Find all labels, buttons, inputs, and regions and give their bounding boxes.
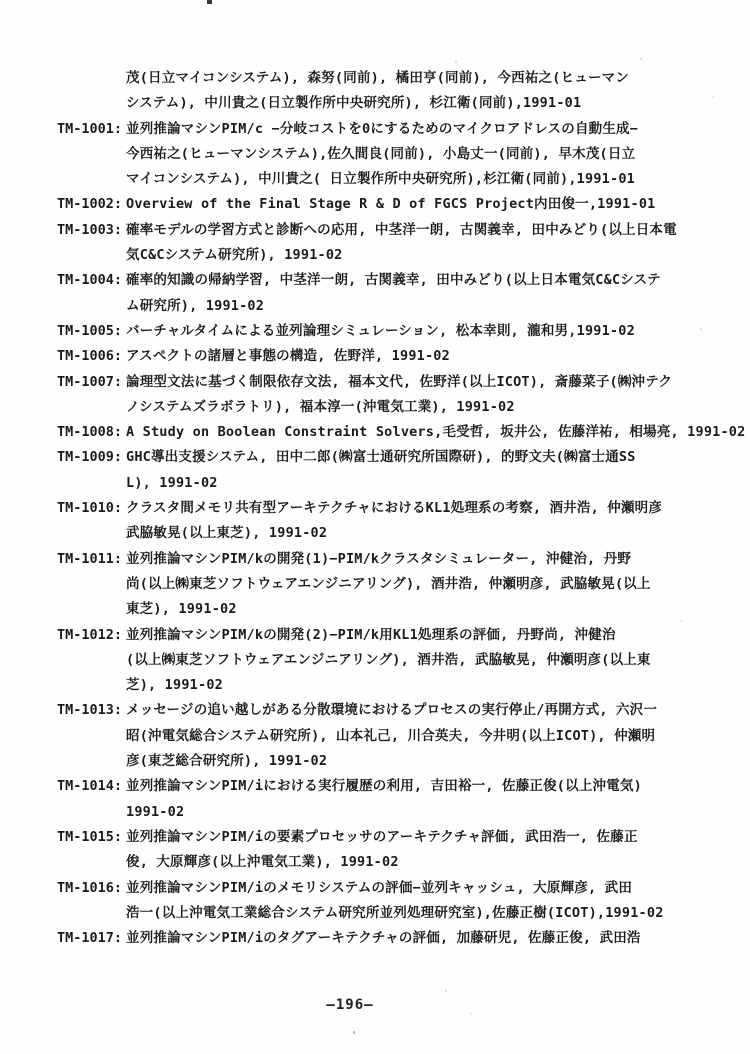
- memo-id: TM-1007:: [57, 370, 126, 395]
- scan-speck: [470, 1013, 472, 1015]
- memo-id: TM-1003:: [57, 218, 126, 243]
- memo-text: 武脇敏晃(以上東芝), 1991-02: [126, 525, 327, 541]
- memo-id: TM-1009:: [57, 445, 126, 470]
- memo-text: 昭(沖電気総合システム研究所), 山本礼己, 川合英夫, 今井明(以上ICOT)…: [126, 728, 655, 744]
- memo-text: メッセージの追い越しがある分散環境におけるプロセスの実行停止/再開方式, 六沢一: [126, 702, 657, 718]
- memo-text: 東芝), 1991-02: [126, 601, 237, 617]
- memo-line: TM-1005:バーチャルタイムによる並列論理シミュレーション, 松本幸則, 瀧…: [57, 319, 717, 344]
- memo-text: A Study on Boolean Constraint Solvers,毛受…: [126, 424, 745, 440]
- memo-id: TM-1008:: [57, 420, 126, 445]
- memo-line: TM-1013:メッセージの追い越しがある分散環境におけるプロセスの実行停止/再…: [57, 698, 717, 723]
- memo-line: TM-1014:並列推論マシンPIM/iにおける実行履歴の利用, 吉田裕一, 佐…: [57, 774, 717, 799]
- scan-speck: [455, 61, 457, 63]
- memo-text: 1991-02: [126, 804, 184, 820]
- memo-line: TM-1009:GHC導出支援システム, 田中二郎(㈱富士通研究所国際研), 的…: [57, 445, 717, 470]
- scan-speck: [445, 990, 447, 992]
- memo-text: マイコンシステム), 中川貴之( 日立製作所中央研究所),杉江衛(同前),199…: [126, 171, 635, 187]
- memo-line: TM-1002:Overview of the Final Stage R & …: [57, 192, 717, 217]
- memo-line: 彦(東芝総合研究所), 1991-02: [57, 749, 717, 774]
- memo-id: TM-1011:: [57, 547, 126, 572]
- memo-text: 並列推論マシンPIM/kの開発(2)−PIM/k用KL1処理系の評価, 丹野尚,…: [126, 627, 616, 643]
- memo-line: システム), 中川貴之(日立製作所中央研究所), 杉江衛(同前),1991-01: [57, 91, 717, 116]
- memo-line: 芝), 1991-02: [57, 673, 717, 698]
- memo-text: 尚(以上㈱東芝ソフトウェアエンジニアリング), 酒井浩, 仲瀬明彦, 武脇敏晃(…: [126, 576, 651, 592]
- memo-text: ノシステムズラボラトリ), 福本淳一(沖電気工業), 1991-02: [126, 399, 515, 415]
- memo-text: アスペクトの諸層と事態の構造, 佐野洋, 1991-02: [126, 348, 450, 364]
- memo-text: GHC導出支援システム, 田中二郎(㈱富士通研究所国際研), 的野文夫(㈱富士通…: [126, 449, 636, 465]
- scanned-document-page: 茂(日立マイコンシステム), 森努(同前), 橘田亨(同前), 今西祐之(ヒュー…: [0, 0, 750, 1054]
- scan-speck: [640, 58, 642, 60]
- memo-id: TM-1016:: [57, 876, 126, 901]
- memo-text: 彦(東芝総合研究所), 1991-02: [126, 753, 327, 769]
- memo-text: 確率的知識の帰納学習, 中茎洋一朗, 古関義幸, 田中みどり(以上日本電気C&C…: [126, 272, 661, 288]
- memo-line: 東芝), 1991-02: [57, 597, 717, 622]
- memo-line: TM-1004:確率的知識の帰納学習, 中茎洋一朗, 古関義幸, 田中みどり(以…: [57, 268, 717, 293]
- memo-text: 茂(日立マイコンシステム), 森努(同前), 橘田亨(同前), 今西祐之(ヒュー…: [126, 70, 629, 86]
- memo-line: TM-1016:並列推論マシンPIM/iのメモリシステムの評価−並列キャッシュ,…: [57, 876, 717, 901]
- scan-speck: [353, 1031, 355, 1034]
- memo-line: (以上㈱東芝ソフトウェアエンジニアリング), 酒井浩, 武脇敏晃, 仲瀬明彦(以…: [57, 648, 717, 673]
- memo-id: TM-1013:: [57, 698, 126, 723]
- memo-line: TM-1017:並列推論マシンPIM/iのタグアーキテクチャの評価, 加藤研児,…: [57, 926, 717, 951]
- memo-text: 芝), 1991-02: [126, 677, 223, 693]
- memo-text: 論理型文法に基づく制限依存文法, 福本文代, 佐野洋(以上ICOT), 斎藤菜子…: [126, 374, 672, 390]
- memo-line: 俊, 大原輝彦(以上沖電気工業), 1991-02: [57, 850, 717, 875]
- memo-id: TM-1014:: [57, 774, 126, 799]
- memo-line: 浩一(以上沖電気工業総合システム研究所並列処理研究室),佐藤正樹(ICOT),1…: [57, 901, 717, 926]
- memo-text: 並列推論マシンPIM/iのメモリシステムの評価−並列キャッシュ, 大原輝彦, 武…: [126, 880, 632, 896]
- memo-text: 今西祐之(ヒューマンシステム),佐久間良(同前), 小島丈一(同前), 早木茂(…: [126, 146, 635, 162]
- memo-text: ム研究所), 1991-02: [126, 298, 264, 314]
- memo-id: TM-1012:: [57, 623, 126, 648]
- memo-line: TM-1001:並列推論マシンPIM/c −分岐コストを0にするためのマイクロア…: [57, 117, 717, 142]
- memo-text: 並列推論マシンPIM/c −分岐コストを0にするためのマイクロアドレスの自動生成…: [126, 121, 638, 137]
- memo-text: Overview of the Final Stage R & D of FGC…: [126, 196, 655, 212]
- memo-line: TM-1008:A Study on Boolean Constraint So…: [57, 420, 717, 445]
- memo-id: TM-1017:: [57, 926, 126, 951]
- memo-text: 確率モデルの学習方式と診断への応用, 中茎洋一朗, 古関義幸, 田中みどり(以上…: [126, 222, 677, 238]
- memo-list: 茂(日立マイコンシステム), 森努(同前), 橘田亨(同前), 今西祐之(ヒュー…: [57, 66, 717, 951]
- memo-id: TM-1010:: [57, 496, 126, 521]
- memo-line: マイコンシステム), 中川貴之( 日立製作所中央研究所),杉江衛(同前),199…: [57, 167, 717, 192]
- memo-line: TM-1003:確率モデルの学習方式と診断への応用, 中茎洋一朗, 古関義幸, …: [57, 218, 717, 243]
- memo-line: L), 1991-02: [57, 471, 717, 496]
- memo-text: L), 1991-02: [126, 475, 218, 491]
- memo-text: システム), 中川貴之(日立製作所中央研究所), 杉江衛(同前),1991-01: [126, 95, 581, 111]
- memo-line: ム研究所), 1991-02: [57, 294, 717, 319]
- memo-id: TM-1015:: [57, 825, 126, 850]
- memo-line: TM-1012:並列推論マシンPIM/kの開発(2)−PIM/k用KL1処理系の…: [57, 623, 717, 648]
- memo-text: 並列推論マシンPIM/iにおける実行履歴の利用, 吉田裕一, 佐藤正俊(以上沖電…: [126, 778, 642, 794]
- memo-line: 気C&Cシステム研究所), 1991-02: [57, 243, 717, 268]
- memo-text: 並列推論マシンPIM/iの要素プロセッサのアーキテクチャ評価, 武田浩一, 佐藤…: [126, 829, 638, 845]
- memo-id: TM-1006:: [57, 344, 126, 369]
- memo-text: 気C&Cシステム研究所), 1991-02: [126, 247, 343, 263]
- page-number: —196—: [0, 997, 700, 1013]
- memo-text: バーチャルタイムによる並列論理シミュレーション, 松本幸則, 瀧和男,1991-…: [126, 323, 635, 339]
- memo-line: TM-1010:クラスタ間メモリ共有型アーキテクチャにおけるKL1処理系の考察,…: [57, 496, 717, 521]
- memo-line: TM-1007:論理型文法に基づく制限依存文法, 福本文代, 佐野洋(以上ICO…: [57, 370, 717, 395]
- memo-id: TM-1005:: [57, 319, 126, 344]
- memo-id: TM-1002:: [57, 192, 126, 217]
- memo-id: TM-1004:: [57, 268, 126, 293]
- memo-text: 俊, 大原輝彦(以上沖電気工業), 1991-02: [126, 854, 399, 870]
- memo-line: 茂(日立マイコンシステム), 森努(同前), 橘田亨(同前), 今西祐之(ヒュー…: [57, 66, 717, 91]
- memo-line: 武脇敏晃(以上東芝), 1991-02: [57, 521, 717, 546]
- memo-line: 昭(沖電気総合システム研究所), 山本礼己, 川合英夫, 今井明(以上ICOT)…: [57, 724, 717, 749]
- memo-line: TM-1011:並列推論マシンPIM/kの開発(1)−PIM/kクラスタシミュレ…: [57, 547, 717, 572]
- memo-line: TM-1006:アスペクトの諸層と事態の構造, 佐野洋, 1991-02: [57, 344, 717, 369]
- memo-line: 今西祐之(ヒューマンシステム),佐久間良(同前), 小島丈一(同前), 早木茂(…: [57, 142, 717, 167]
- memo-text: (以上㈱東芝ソフトウェアエンジニアリング), 酒井浩, 武脇敏晃, 仲瀬明彦(以…: [126, 652, 651, 668]
- scan-mark: [207, 0, 212, 4]
- memo-text: 並列推論マシンPIM/iのタグアーキテクチャの評価, 加藤研児, 佐藤正俊, 武…: [126, 930, 641, 946]
- memo-id: TM-1001:: [57, 117, 126, 142]
- memo-text: 浩一(以上沖電気工業総合システム研究所並列処理研究室),佐藤正樹(ICOT),1…: [126, 905, 664, 921]
- memo-line: TM-1015:並列推論マシンPIM/iの要素プロセッサのアーキテクチャ評価, …: [57, 825, 717, 850]
- memo-line: 1991-02: [57, 800, 717, 825]
- memo-line: ノシステムズラボラトリ), 福本淳一(沖電気工業), 1991-02: [57, 395, 717, 420]
- memo-line: 尚(以上㈱東芝ソフトウェアエンジニアリング), 酒井浩, 仲瀬明彦, 武脇敏晃(…: [57, 572, 717, 597]
- memo-text: 並列推論マシンPIM/kの開発(1)−PIM/kクラスタシミュレーター, 沖健治…: [126, 551, 631, 567]
- memo-text: クラスタ間メモリ共有型アーキテクチャにおけるKL1処理系の考察, 酒井浩, 仲瀬…: [126, 500, 662, 516]
